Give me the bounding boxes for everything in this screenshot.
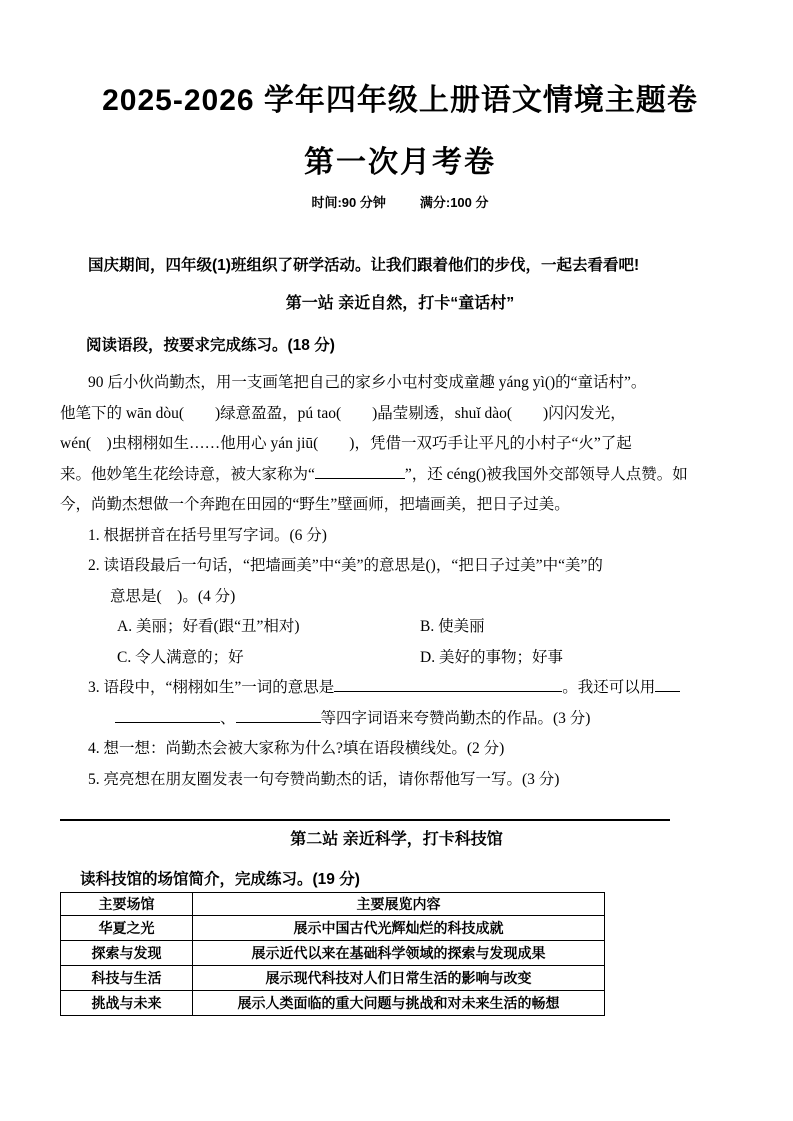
station1-heading: 第一站 亲近自然，打卡“童话村” — [60, 293, 740, 314]
venue-name-cell: 探索与发现 — [61, 941, 193, 966]
page-content: 2025-2026 学年四年级上册语文情境主题卷 第一次月考卷 时间:90 分钟… — [0, 83, 793, 795]
table-row: 挑战与未来展示人类面临的重大问题与挑战和对未来生活的畅想 — [61, 991, 605, 1016]
venue-content-cell: 展示近代以来在基础科学领域的探索与发现成果 — [193, 941, 605, 966]
table-header-row: 主要场馆 主要展览内容 — [61, 893, 605, 916]
venue-name-cell: 华夏之光 — [61, 916, 193, 941]
venue-content-cell: 展示现代科技对人们日常生活的影响与改变 — [193, 966, 605, 991]
text-segment: ”，还 céng()被我国外交部领导人点赞。如 — [405, 466, 688, 483]
text-segment: C. 令人满意的；好 — [117, 643, 244, 674]
question-line: 4. 想一想：尚勤杰会被大家称为什么?填在语段横线处。(2 分) — [60, 734, 740, 765]
text-segment: B. 使美丽 — [420, 612, 485, 643]
venue-table-body: 华夏之光展示中国古代光辉灿烂的科技成就探索与发现展示近代以来在基础科学领域的探索… — [61, 916, 605, 1016]
exam-meta: 时间:90 分钟满分:100 分 — [60, 195, 740, 211]
text-segment: 、 — [220, 710, 236, 727]
text-segment: 3. 语段中，“栩栩如生”一词的意思是 — [88, 679, 334, 696]
question-line: 5. 亮亮想在朋友圈发表一句夸赞尚勤杰的话，请你帮他写一写。(3 分) — [60, 765, 740, 796]
paper-subtitle: 第一次月考卷 — [60, 145, 740, 181]
question-line: 3. 语段中，“栩栩如生”一词的意思是。我还可以用 — [60, 673, 740, 704]
text-segment: 等四字词语来夸赞尚勤杰的作品。(3 分) — [321, 710, 591, 727]
text-segment: 。我还可以用 — [562, 679, 655, 696]
blank-underline — [115, 705, 220, 722]
text-segment: A. 美丽；好看(跟“丑”相对) — [117, 612, 300, 643]
venue-content-cell: 展示人类面临的重大问题与挑战和对未来生活的畅想 — [193, 991, 605, 1016]
table-row: 探索与发现展示近代以来在基础科学领域的探索与发现成果 — [61, 941, 605, 966]
text-segment: 5. 亮亮想在朋友圈发表一句夸赞尚勤杰的话，请你帮他写一写。(3 分) — [88, 771, 559, 788]
reading-passage: 90 后小伙尚勤杰，用一支画笔把自己的家乡小屯村变成童趣 yáng yì()的“… — [60, 368, 740, 521]
text-segment: wén( )虫栩栩如生……他用心 yán jiū( )，凭借一双巧手让平凡的小村… — [60, 435, 632, 452]
question-line: 意思是( )。(4 分) — [60, 582, 740, 613]
station2-heading: 第二站 亲近科学，打卡科技馆 — [0, 829, 793, 850]
question-line: A. 美丽；好看(跟“丑”相对)B. 使美丽 — [60, 612, 740, 643]
text-segment: 2. 读语段最后一句话，“把墙画美”中“美”的意思是()，“把日子过美”中“美”… — [88, 557, 603, 574]
table-row: 科技与生活展示现代科技对人们日常生活的影响与改变 — [61, 966, 605, 991]
exam-paper-page: 2025-2026 学年四年级上册语文情境主题卷 第一次月考卷 时间:90 分钟… — [0, 0, 793, 1121]
station2-content: 读科技馆的场馆简介，完成练习。(19 分) — [0, 869, 793, 890]
venue-content-cell: 展示中国古代光辉灿烂的科技成就 — [193, 916, 605, 941]
venue-name-cell: 科技与生活 — [61, 966, 193, 991]
table-row: 华夏之光展示中国古代光辉灿烂的科技成就 — [61, 916, 605, 941]
table-header-content: 主要展览内容 — [193, 893, 605, 916]
passage-line: wén( )虫栩栩如生……他用心 yán jiū( )，凭借一双巧手让平凡的小村… — [60, 429, 740, 460]
text-segment: 他笔下的 wān dòu( )绿意盈盈，pú tao( )晶莹剔透，shuǐ d… — [60, 405, 626, 422]
venue-table: 主要场馆 主要展览内容 华夏之光展示中国古代光辉灿烂的科技成就探索与发现展示近代… — [60, 892, 605, 1016]
question-line: 2. 读语段最后一句话，“把墙画美”中“美”的意思是()，“把日子过美”中“美”… — [60, 551, 740, 582]
full-score-label: 满分:100 分 — [420, 195, 489, 210]
question-line: 1. 根据拼音在括号里写字词。(6 分) — [60, 521, 740, 552]
text-segment: 1. 根据拼音在括号里写字词。(6 分) — [88, 527, 327, 544]
blank-underline — [315, 461, 405, 478]
passage-line: 他笔下的 wān dòu( )绿意盈盈，pú tao( )晶莹剔透，shuǐ d… — [60, 399, 740, 430]
blank-underline — [655, 675, 680, 692]
paper-title: 2025-2026 学年四年级上册语文情境主题卷 — [60, 83, 740, 119]
passage-line: 今，尚勤杰想做一个奔跑在田园的“野生”壁画师，把墙画美，把日子过美。 — [60, 490, 740, 521]
text-segment: 90 后小伙尚勤杰，用一支画笔把自己的家乡小屯村变成童趣 yáng yì()的“… — [88, 374, 646, 391]
text-segment: 意思是( )。(4 分) — [110, 588, 235, 605]
text-segment: 4. 想一想：尚勤杰会被大家称为什么?填在语段横线处。(2 分) — [88, 740, 504, 757]
table-header-venue: 主要场馆 — [61, 893, 193, 916]
passage-line: 90 后小伙尚勤杰，用一支画笔把自己的家乡小屯村变成童趣 yáng yì()的“… — [60, 368, 740, 399]
text-segment: D. 美好的事物；好事 — [420, 643, 563, 674]
question-list: 1. 根据拼音在括号里写字词。(6 分)2. 读语段最后一句话，“把墙画美”中“… — [60, 521, 740, 796]
section-divider — [60, 819, 670, 821]
question-line: 、等四字词语来夸赞尚勤杰的作品。(3 分) — [60, 704, 740, 735]
text-segment: 今，尚勤杰想做一个奔跑在田园的“野生”壁画师，把墙画美，把日子过美。 — [60, 496, 570, 513]
intro-paragraph: 国庆期间，四年级(1)班组织了研学活动。让我们跟着他们的步伐，一起去看看吧! — [60, 255, 740, 276]
station2-exercise-title: 读科技馆的场馆简介，完成练习。(19 分) — [60, 869, 740, 890]
station1-exercise-title: 阅读语段，按要求完成练习。(18 分) — [60, 335, 740, 356]
time-limit-label: 时间:90 分钟 — [311, 195, 385, 210]
text-segment: 来。他妙笔生花绘诗意，被大家称为“ — [60, 466, 315, 483]
blank-underline — [334, 675, 562, 692]
venue-name-cell: 挑战与未来 — [61, 991, 193, 1016]
question-line: C. 令人满意的；好D. 美好的事物；好事 — [60, 643, 740, 674]
blank-underline — [236, 705, 321, 722]
passage-line: 来。他妙笔生花绘诗意，被大家称为“”，还 céng()被我国外交部领导人点赞。如 — [60, 460, 740, 491]
